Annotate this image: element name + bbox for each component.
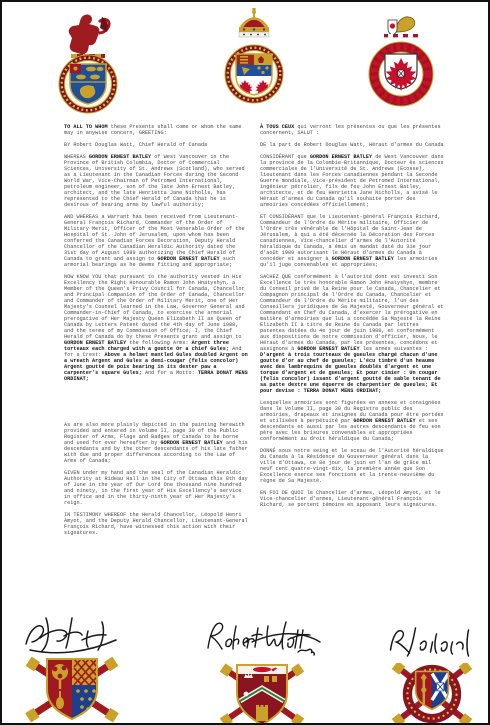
- french-text-column: À TOUS CEUX qui verront les présentes ou…: [260, 124, 446, 542]
- en-paragraph-3: WHEREAS GORDON ERNEST BATLEY of West Van…: [64, 154, 250, 208]
- badge-herald-chancellor-arms: [20, 655, 124, 725]
- letters-patent-document: TO ALL TO WHOM these Presents shall come…: [0, 0, 490, 725]
- en-paragraph-7: GIVEN under my hand and the seal of the …: [64, 470, 250, 506]
- fr-paragraph-3: CONSIDÉRANT que GORDON ERNEST BATLEY de …: [260, 154, 446, 208]
- fr-paragraph-4: ET CONSIDÉRANT que le Lieutenant-général…: [260, 214, 446, 268]
- fr-paragraph-7: DONNÉ sous notre seing et le sceau de l'…: [260, 448, 446, 484]
- signature-deputy-herald-chancellor: [384, 622, 480, 662]
- crowned-royal-arms-badge-icon: [221, 8, 287, 112]
- badge-chief-herald-arms: [220, 661, 304, 725]
- en-paragraph-5: NOW KNOW YOU that pursuant to the author…: [64, 274, 250, 382]
- signature-block-chief-herald: [200, 618, 324, 725]
- maple-leaf-wreath-arms-icon: [366, 14, 436, 110]
- fr-paragraph-6: Lesquelles armoiries sont figurées en an…: [260, 400, 446, 442]
- signature-block-herald-chancellor: [14, 614, 130, 725]
- en-paragraph-6: As are also more plainly depicted in the…: [64, 422, 250, 464]
- fr-paragraph-2: DE la part de Robert Douglas Watt, Hérau…: [260, 142, 446, 148]
- fr-paragraph-5: SACHEZ QUE conformément à l'autorité don…: [260, 274, 446, 394]
- en-paragraph-2: BY Robert Douglas Watt, Chief Herald of …: [64, 142, 250, 148]
- signature-herald-chancellor: [20, 614, 124, 654]
- en-paragraph-1: TO ALL TO WHOM these Presents shall come…: [64, 124, 250, 136]
- signature-block-deputy-herald-chancellor: [384, 622, 480, 725]
- english-text-column: TO ALL TO WHOM these Presents shall come…: [64, 124, 250, 542]
- fr-paragraph-8: EN FOI DE QUOI le Chancelier d'armes, Lé…: [260, 490, 446, 508]
- signature-chief-herald: [201, 618, 323, 660]
- letters-patent-text: TO ALL TO WHOM these Presents shall come…: [64, 124, 446, 542]
- badge-deputy-herald-chancellor-arms: [389, 663, 475, 725]
- fr-paragraph-1: À TOUS CEUX qui verront les présentes ou…: [260, 124, 446, 136]
- lion-crest-badge-icon: [55, 14, 121, 114]
- en-paragraph-4: AND WHEREAS a Warrant has been received …: [64, 214, 250, 268]
- en-paragraph-8: IN TESTIMONY WHEREOF the Herald Chancell…: [64, 512, 250, 536]
